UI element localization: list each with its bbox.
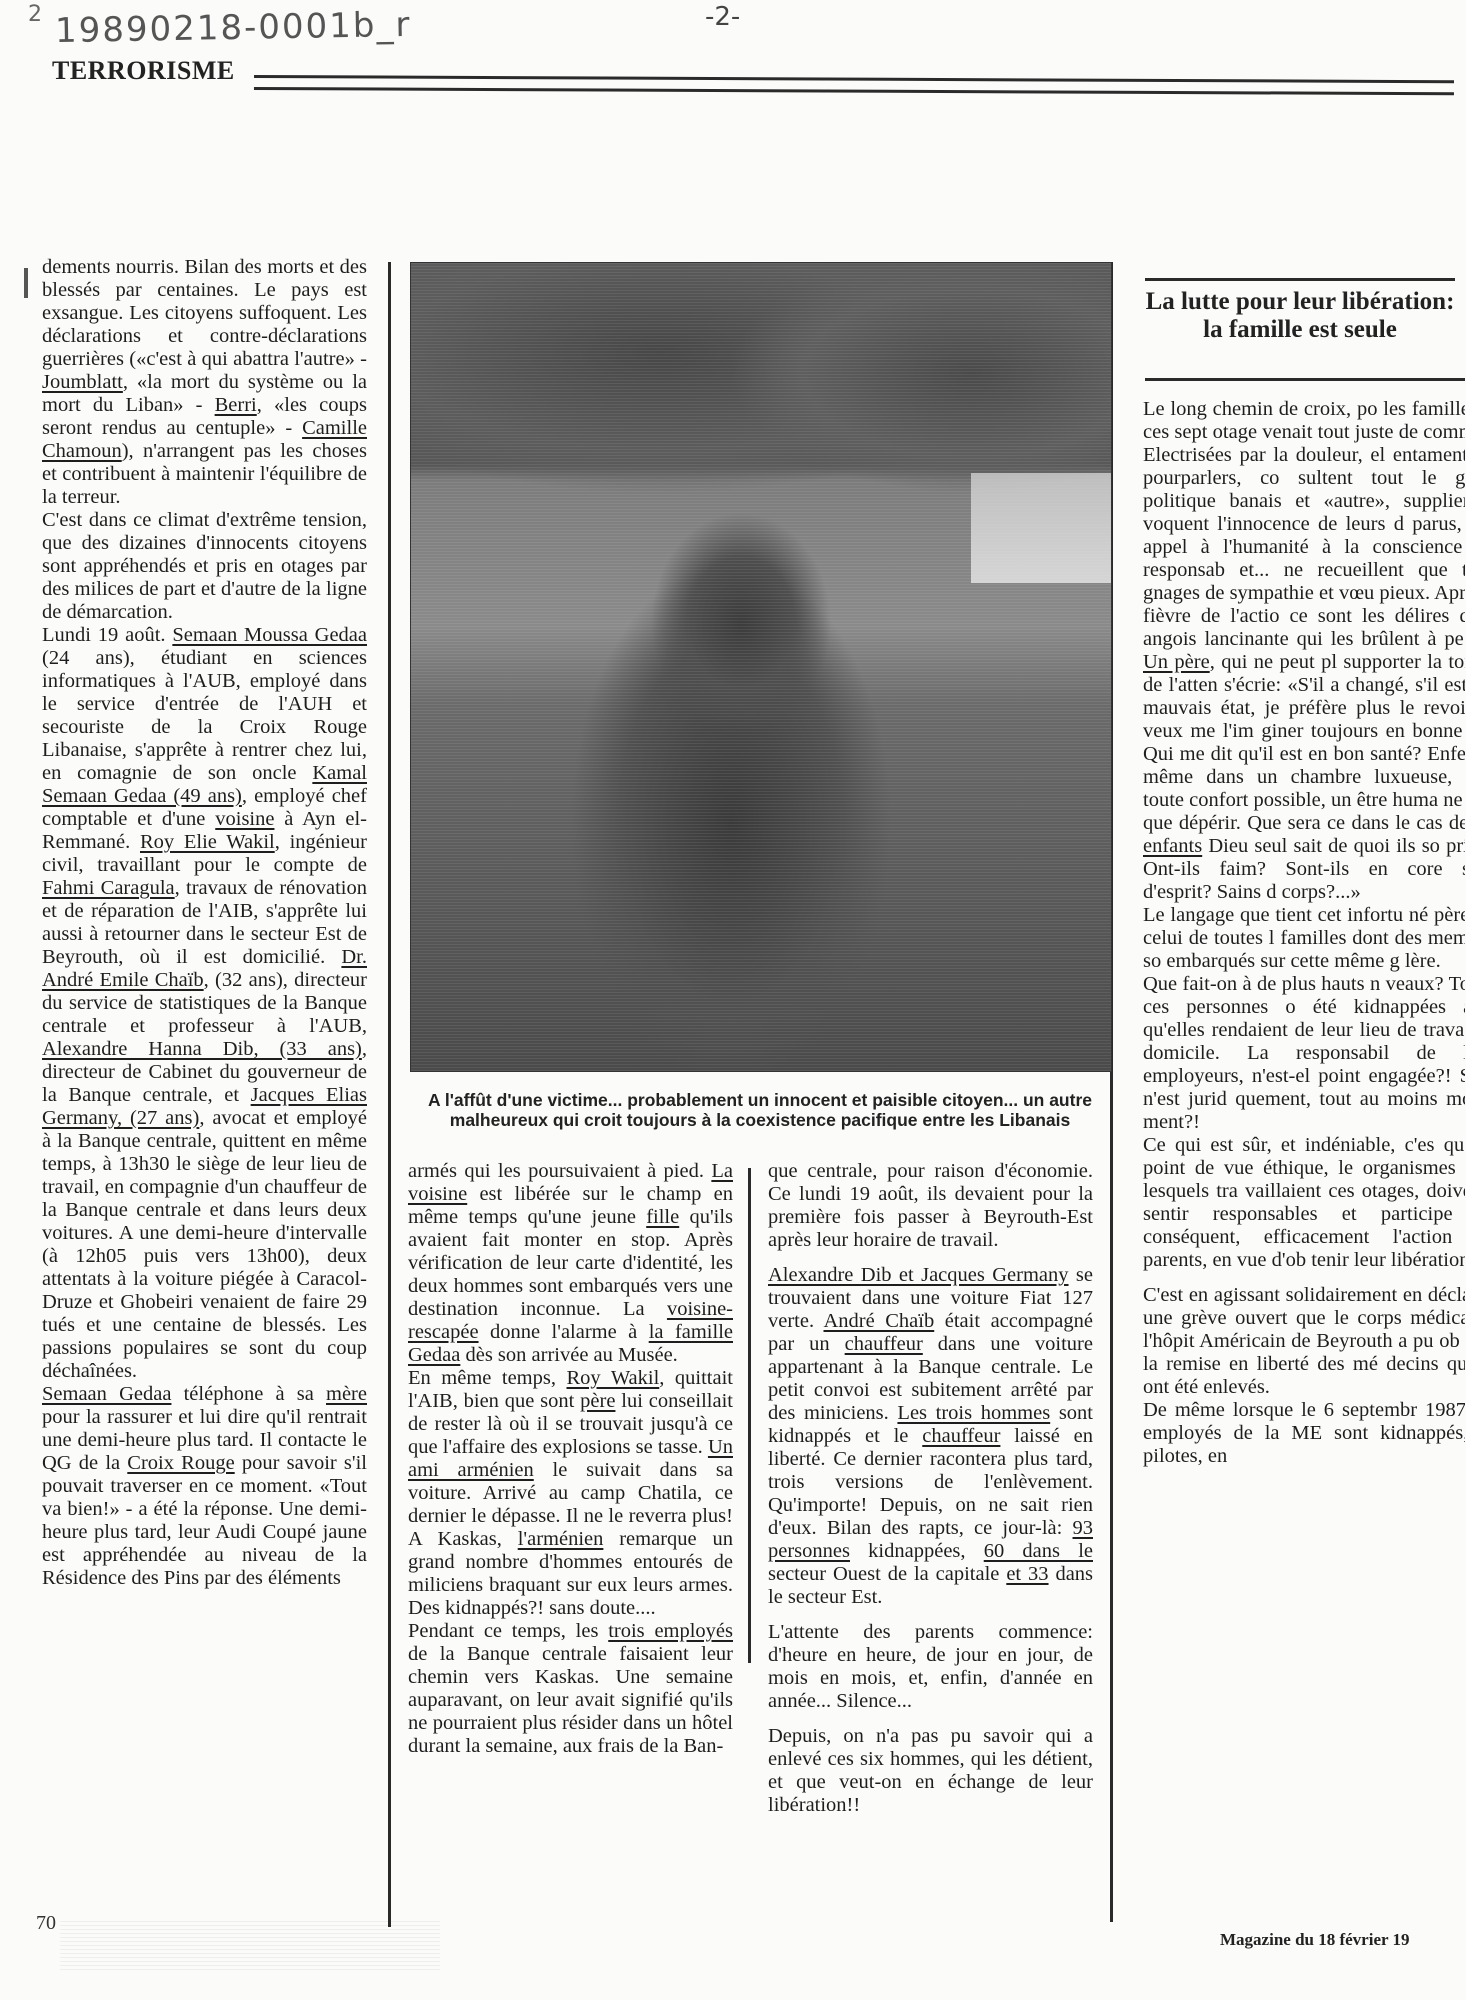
section-double-rule [254,75,1454,95]
paragraph: armés qui les poursuivaient à pied. La v… [408,1160,733,1367]
photo-caption: A l'affût d'une victime... probablement … [410,1090,1110,1130]
page-number: 70 [36,1912,56,1935]
article-column-2: armés qui les poursuivaient à pied. La v… [408,1160,733,1758]
sidebar-title-rule [1145,378,1465,381]
news-photo [410,262,1112,1072]
paragraph: Pendant ce temps, les trois employés de … [408,1620,733,1758]
paragraph: C'est en agissant solidairement en décla… [1143,1284,1465,1399]
paragraph: Le langage que tient cet infortu né père… [1143,904,1465,973]
sidebar-column: Le long chemin de croix, po les familles… [1143,398,1465,1468]
column-divider [388,262,391,1927]
paragraph: Alexandre Dib et Jacques Germany se trou… [768,1264,1093,1609]
paragraph: dements nourris. Bilan des morts et des … [42,256,367,509]
paragraph: Le long chemin de croix, po les familles… [1143,398,1465,904]
source-line: Magazine du 18 février 19 [1220,1930,1409,1950]
margin-mark [24,268,28,298]
sidebar-title: La lutte pour leur libération: la famill… [1145,288,1455,344]
paragraph: L'attente des parents commence: d'heure … [768,1621,1093,1713]
paragraph: De même lorsque le 6 septembr 1987, six … [1143,1399,1465,1468]
section-label: TERRORISME [52,56,235,86]
paragraph: Que fait-on à de plus hauts n veaux? Tou… [1143,973,1465,1134]
article-column-3: que centrale, pour raison d'économie. Ce… [768,1160,1093,1817]
paragraph: que centrale, pour raison d'économie. Ce… [768,1160,1093,1252]
paragraph: Ce qui est sûr, et indéniable, c'es que … [1143,1134,1465,1272]
paragraph: Lundi 19 août. Semaan Moussa Gedaa (24 a… [42,624,367,1383]
paragraph: En même temps, Roy Wakil, quittait l'AIB… [408,1367,733,1620]
paragraph: C'est dans ce climat d'extrême tension, … [42,509,367,624]
column-divider [748,1168,751,1663]
scan-noise [60,1920,440,1970]
paragraph: Depuis, on n'a pas pu savoir qui a enlev… [768,1725,1093,1817]
archive-id-annotation: 19890218-0001b_r [55,5,412,51]
sidebar-title-rule [1145,278,1455,281]
photo-sky-patch [971,473,1111,583]
article-column-1: dements nourris. Bilan des morts et des … [42,256,367,1590]
page-mark-annotation: -2- [705,2,740,32]
corner-annotation: 2 [28,2,42,27]
paragraph: Semaan Gedaa téléphone à sa mère pour la… [42,1383,367,1590]
